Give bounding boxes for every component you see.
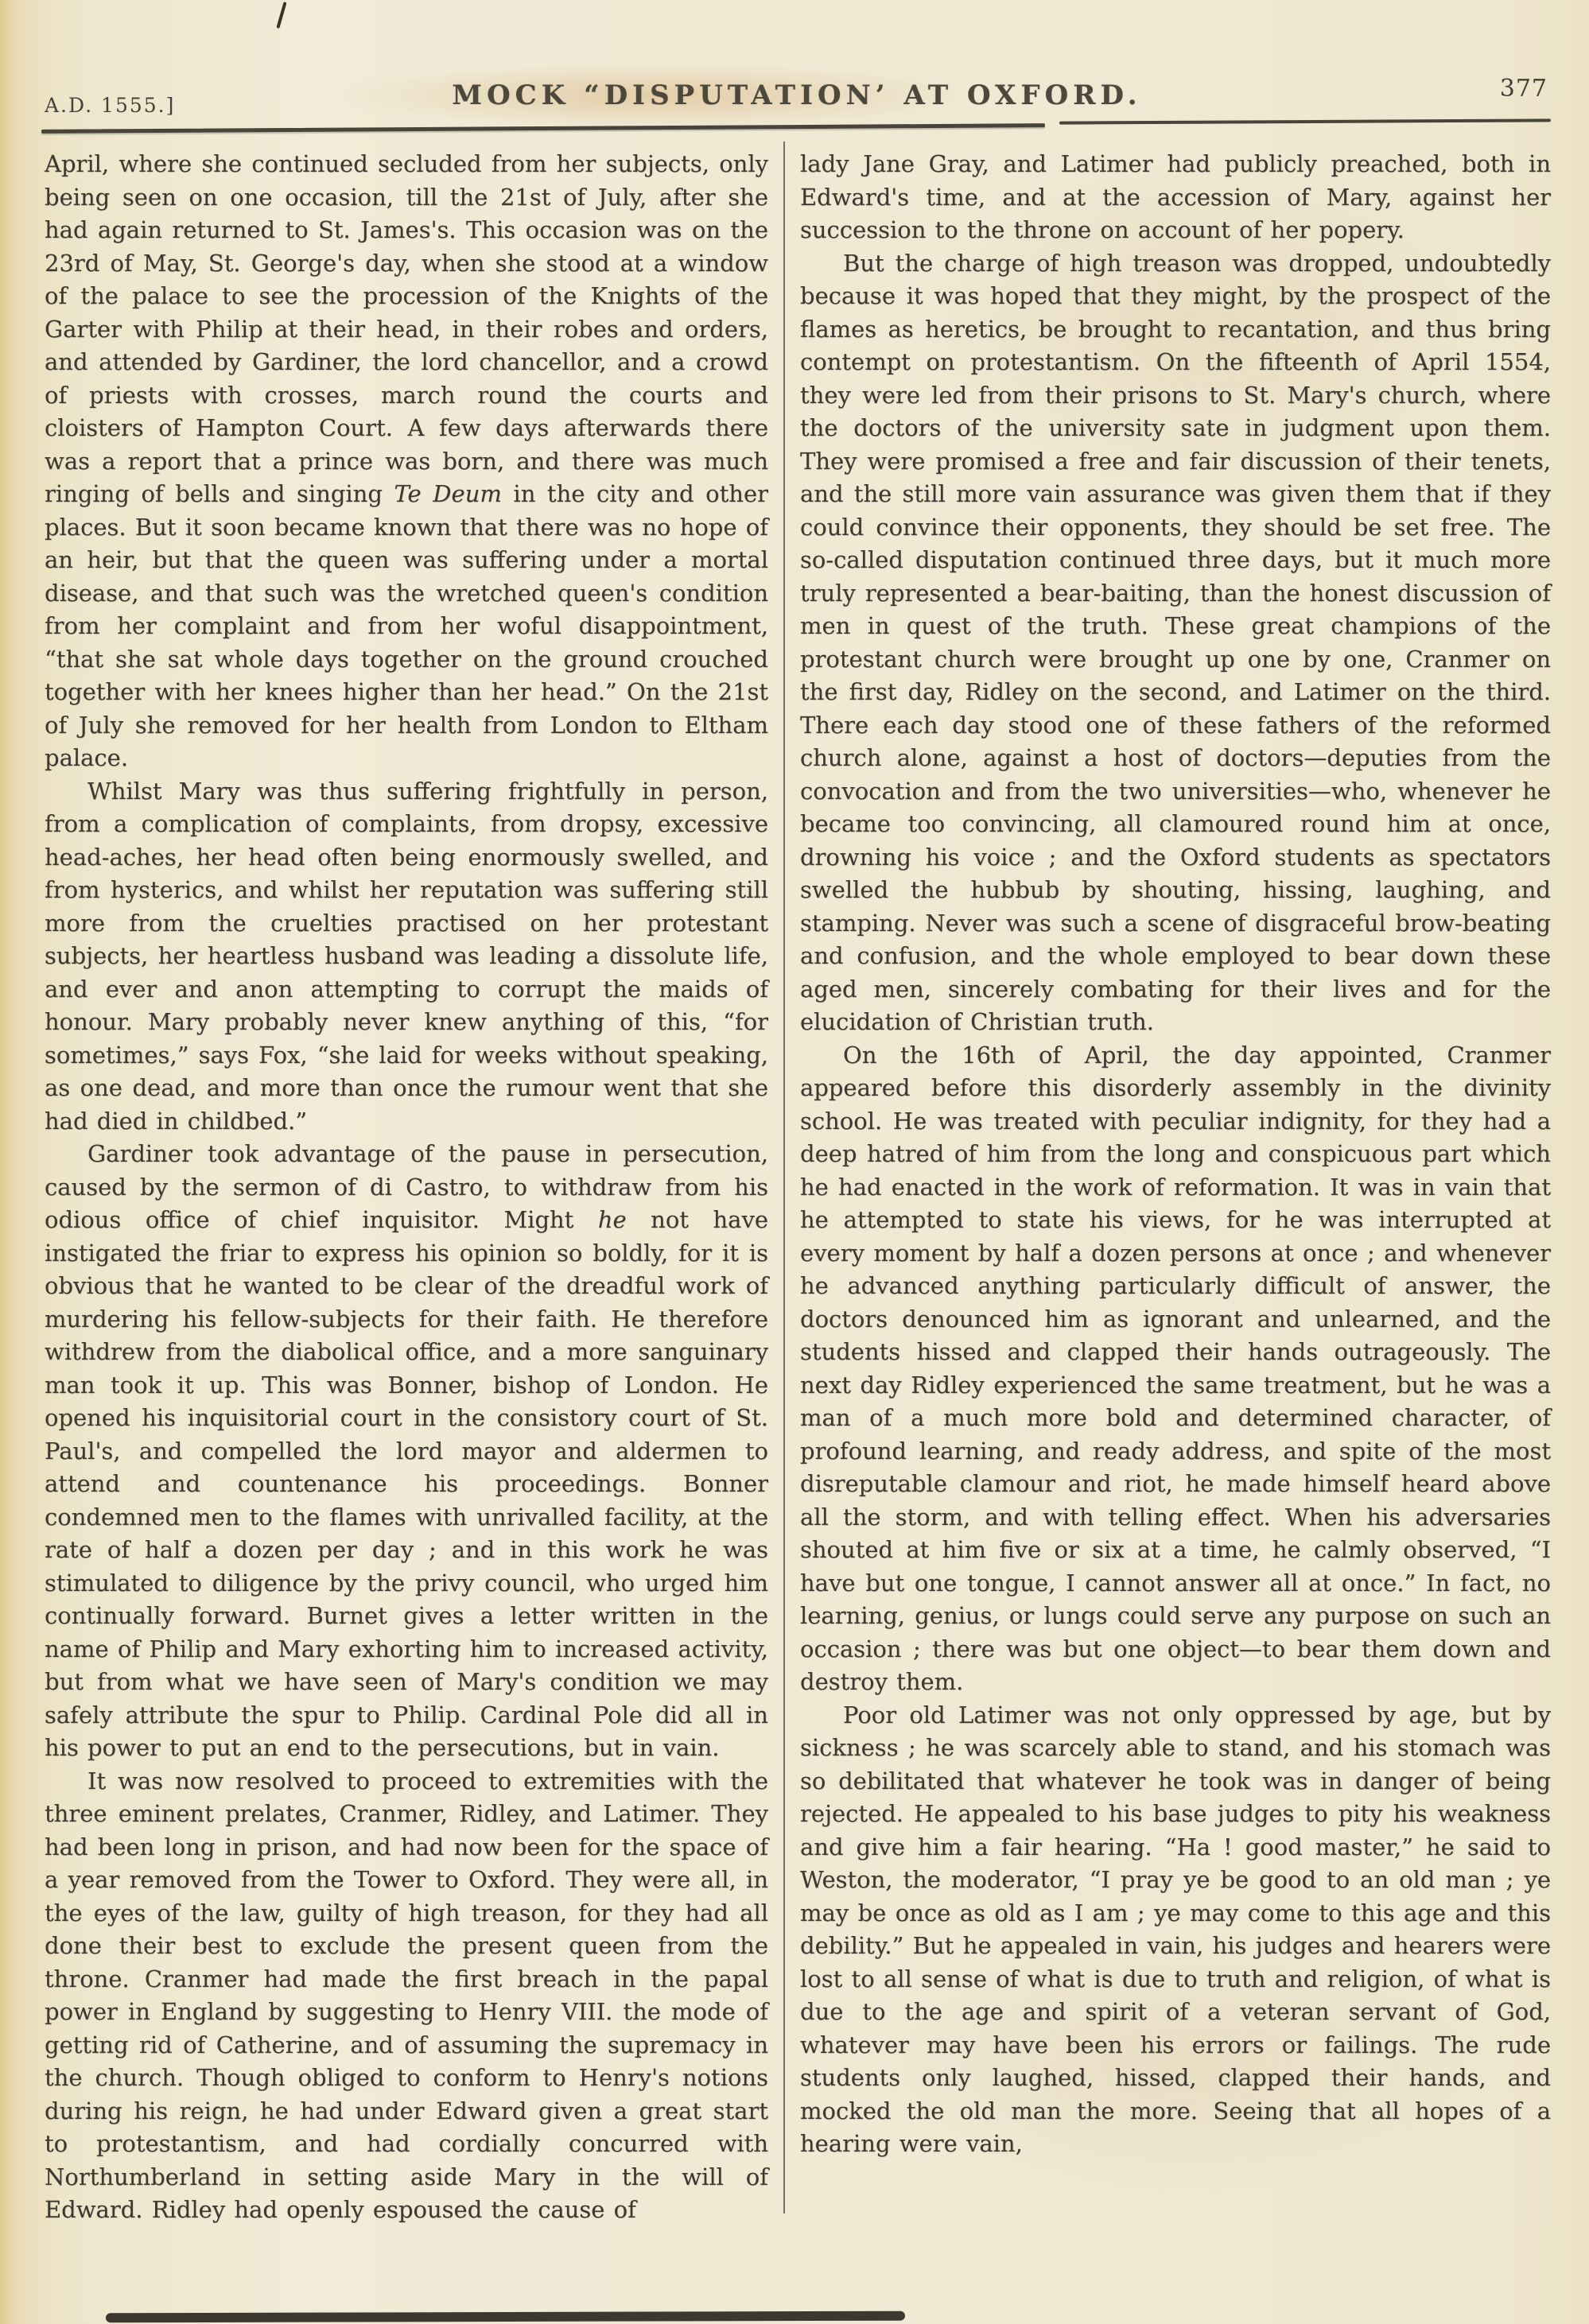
text-run: lady Jane Gray, and Latimer had publicly… xyxy=(800,150,1551,243)
italic-phrase: Te Deum xyxy=(394,480,501,507)
left-column: April, where she continued secluded from… xyxy=(45,148,768,2227)
page-header: A.D. 1555.] MOCK “DISPUTATION’ AT OXFORD… xyxy=(45,73,1549,132)
running-title: MOCK “DISPUTATION’ AT OXFORD. xyxy=(452,80,1141,111)
column-divider xyxy=(783,142,785,2213)
paragraph: April, where she continued secluded from… xyxy=(45,148,768,775)
pen-mark xyxy=(276,2,286,29)
paragraph: It was now resolved to proceed to extrem… xyxy=(45,1765,768,2227)
italic-phrase: he xyxy=(598,1206,627,1233)
scan-shadow-bar xyxy=(106,2311,905,2323)
text-run: Poor old Latimer was not only oppressed … xyxy=(800,1701,1551,2158)
paragraph: Gardiner took advantage of the pause in … xyxy=(45,1138,768,1765)
text-run: Whilst Mary was thus suffering frightful… xyxy=(45,778,768,1135)
text-run: April, where she continued secluded from… xyxy=(45,150,768,507)
paragraph: Whilst Mary was thus suffering frightful… xyxy=(45,775,768,1139)
page-number: 377 xyxy=(1500,75,1548,103)
text-run: On the 16th of April, the day appointed,… xyxy=(800,1042,1551,1696)
paragraph: Poor old Latimer was not only oppressed … xyxy=(800,1699,1551,2161)
text-run: in the city and other places. But it soo… xyxy=(45,480,768,771)
date-marginalia: A.D. 1555.] xyxy=(45,94,175,117)
book-page-scan: A.D. 1555.] MOCK “DISPUTATION’ AT OXFORD… xyxy=(0,0,1589,2324)
text-run: But the charge of high treason was dropp… xyxy=(800,250,1551,1036)
text-run: It was now resolved to proceed to extrem… xyxy=(45,1767,768,2224)
paragraph: But the charge of high treason was dropp… xyxy=(800,247,1551,1039)
paragraph: lady Jane Gray, and Latimer had publicly… xyxy=(800,148,1551,247)
paragraph: On the 16th of April, the day appointed,… xyxy=(800,1039,1551,1699)
text-run: not have instigated the friar to express… xyxy=(45,1206,768,1761)
right-column: lady Jane Gray, and Latimer had publicly… xyxy=(800,148,1551,2161)
